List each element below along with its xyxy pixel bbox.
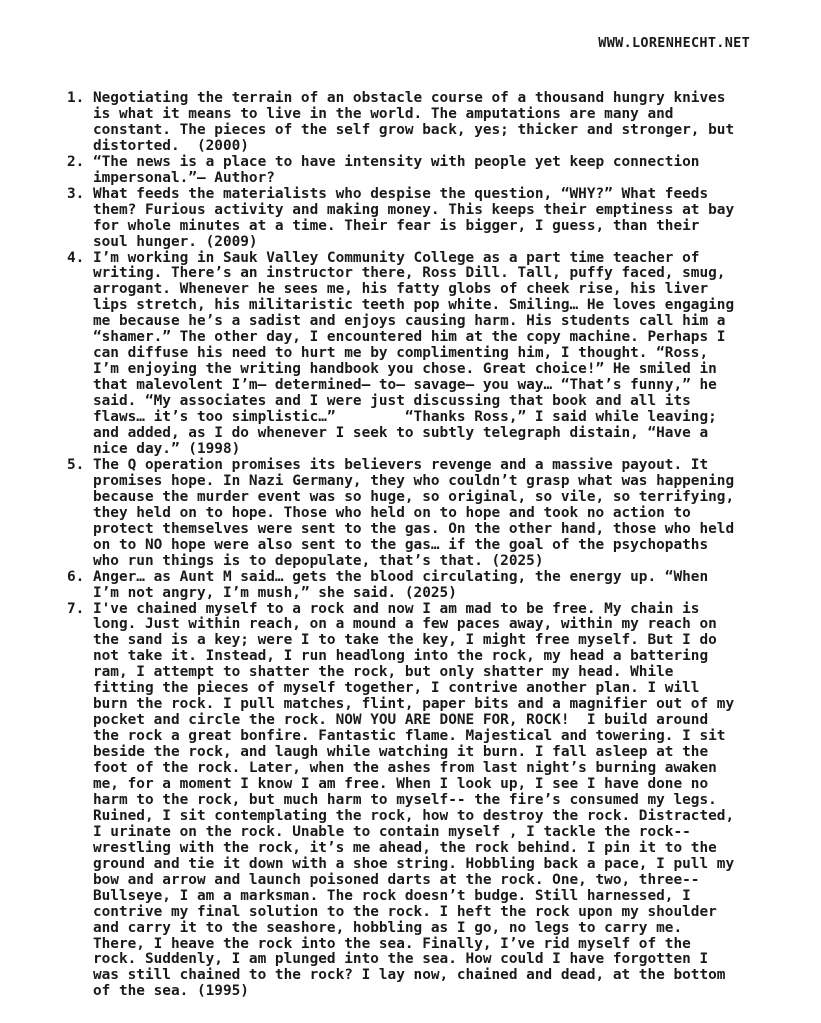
item-text: I've chained myself to a rock and now I … (93, 602, 734, 1001)
item-text: What feeds the materialists who despise … (93, 187, 734, 251)
item-number: 4. (67, 251, 93, 267)
quotes-list: 1. Negotiating the terrain of an obstacl… (67, 91, 767, 1000)
item-text: Anger… as Aunt M said… gets the blood ci… (93, 570, 708, 602)
list-item: 7. I've chained myself to a rock and now… (67, 602, 767, 1001)
site-url-header: WWW.LORENHECHT.NET (598, 35, 750, 51)
list-item: 4. I’m working in Sauk Valley Community … (67, 251, 767, 458)
item-text: Negotiating the terrain of an obstacle c… (93, 91, 734, 155)
document-page: WWW.LORENHECHT.NET 1. Negotiating the te… (0, 0, 821, 1023)
item-number: 3. (67, 187, 93, 203)
item-number: 6. (67, 570, 93, 586)
list-item: 2. “The news is a place to have intensit… (67, 155, 767, 187)
item-number: 7. (67, 602, 93, 618)
item-text: “The news is a place to have intensity w… (93, 155, 699, 187)
list-item: 5. The Q operation promises its believer… (67, 458, 767, 570)
item-number: 1. (67, 91, 93, 107)
item-number: 2. (67, 155, 93, 171)
item-number: 5. (67, 458, 93, 474)
list-item: 1. Negotiating the terrain of an obstacl… (67, 91, 767, 155)
item-text: I’m working in Sauk Valley Community Col… (93, 251, 734, 458)
list-item: 6. Anger… as Aunt M said… gets the blood… (67, 570, 767, 602)
item-text: The Q operation promises its believers r… (93, 458, 734, 570)
list-item: 3. What feeds the materialists who despi… (67, 187, 767, 251)
